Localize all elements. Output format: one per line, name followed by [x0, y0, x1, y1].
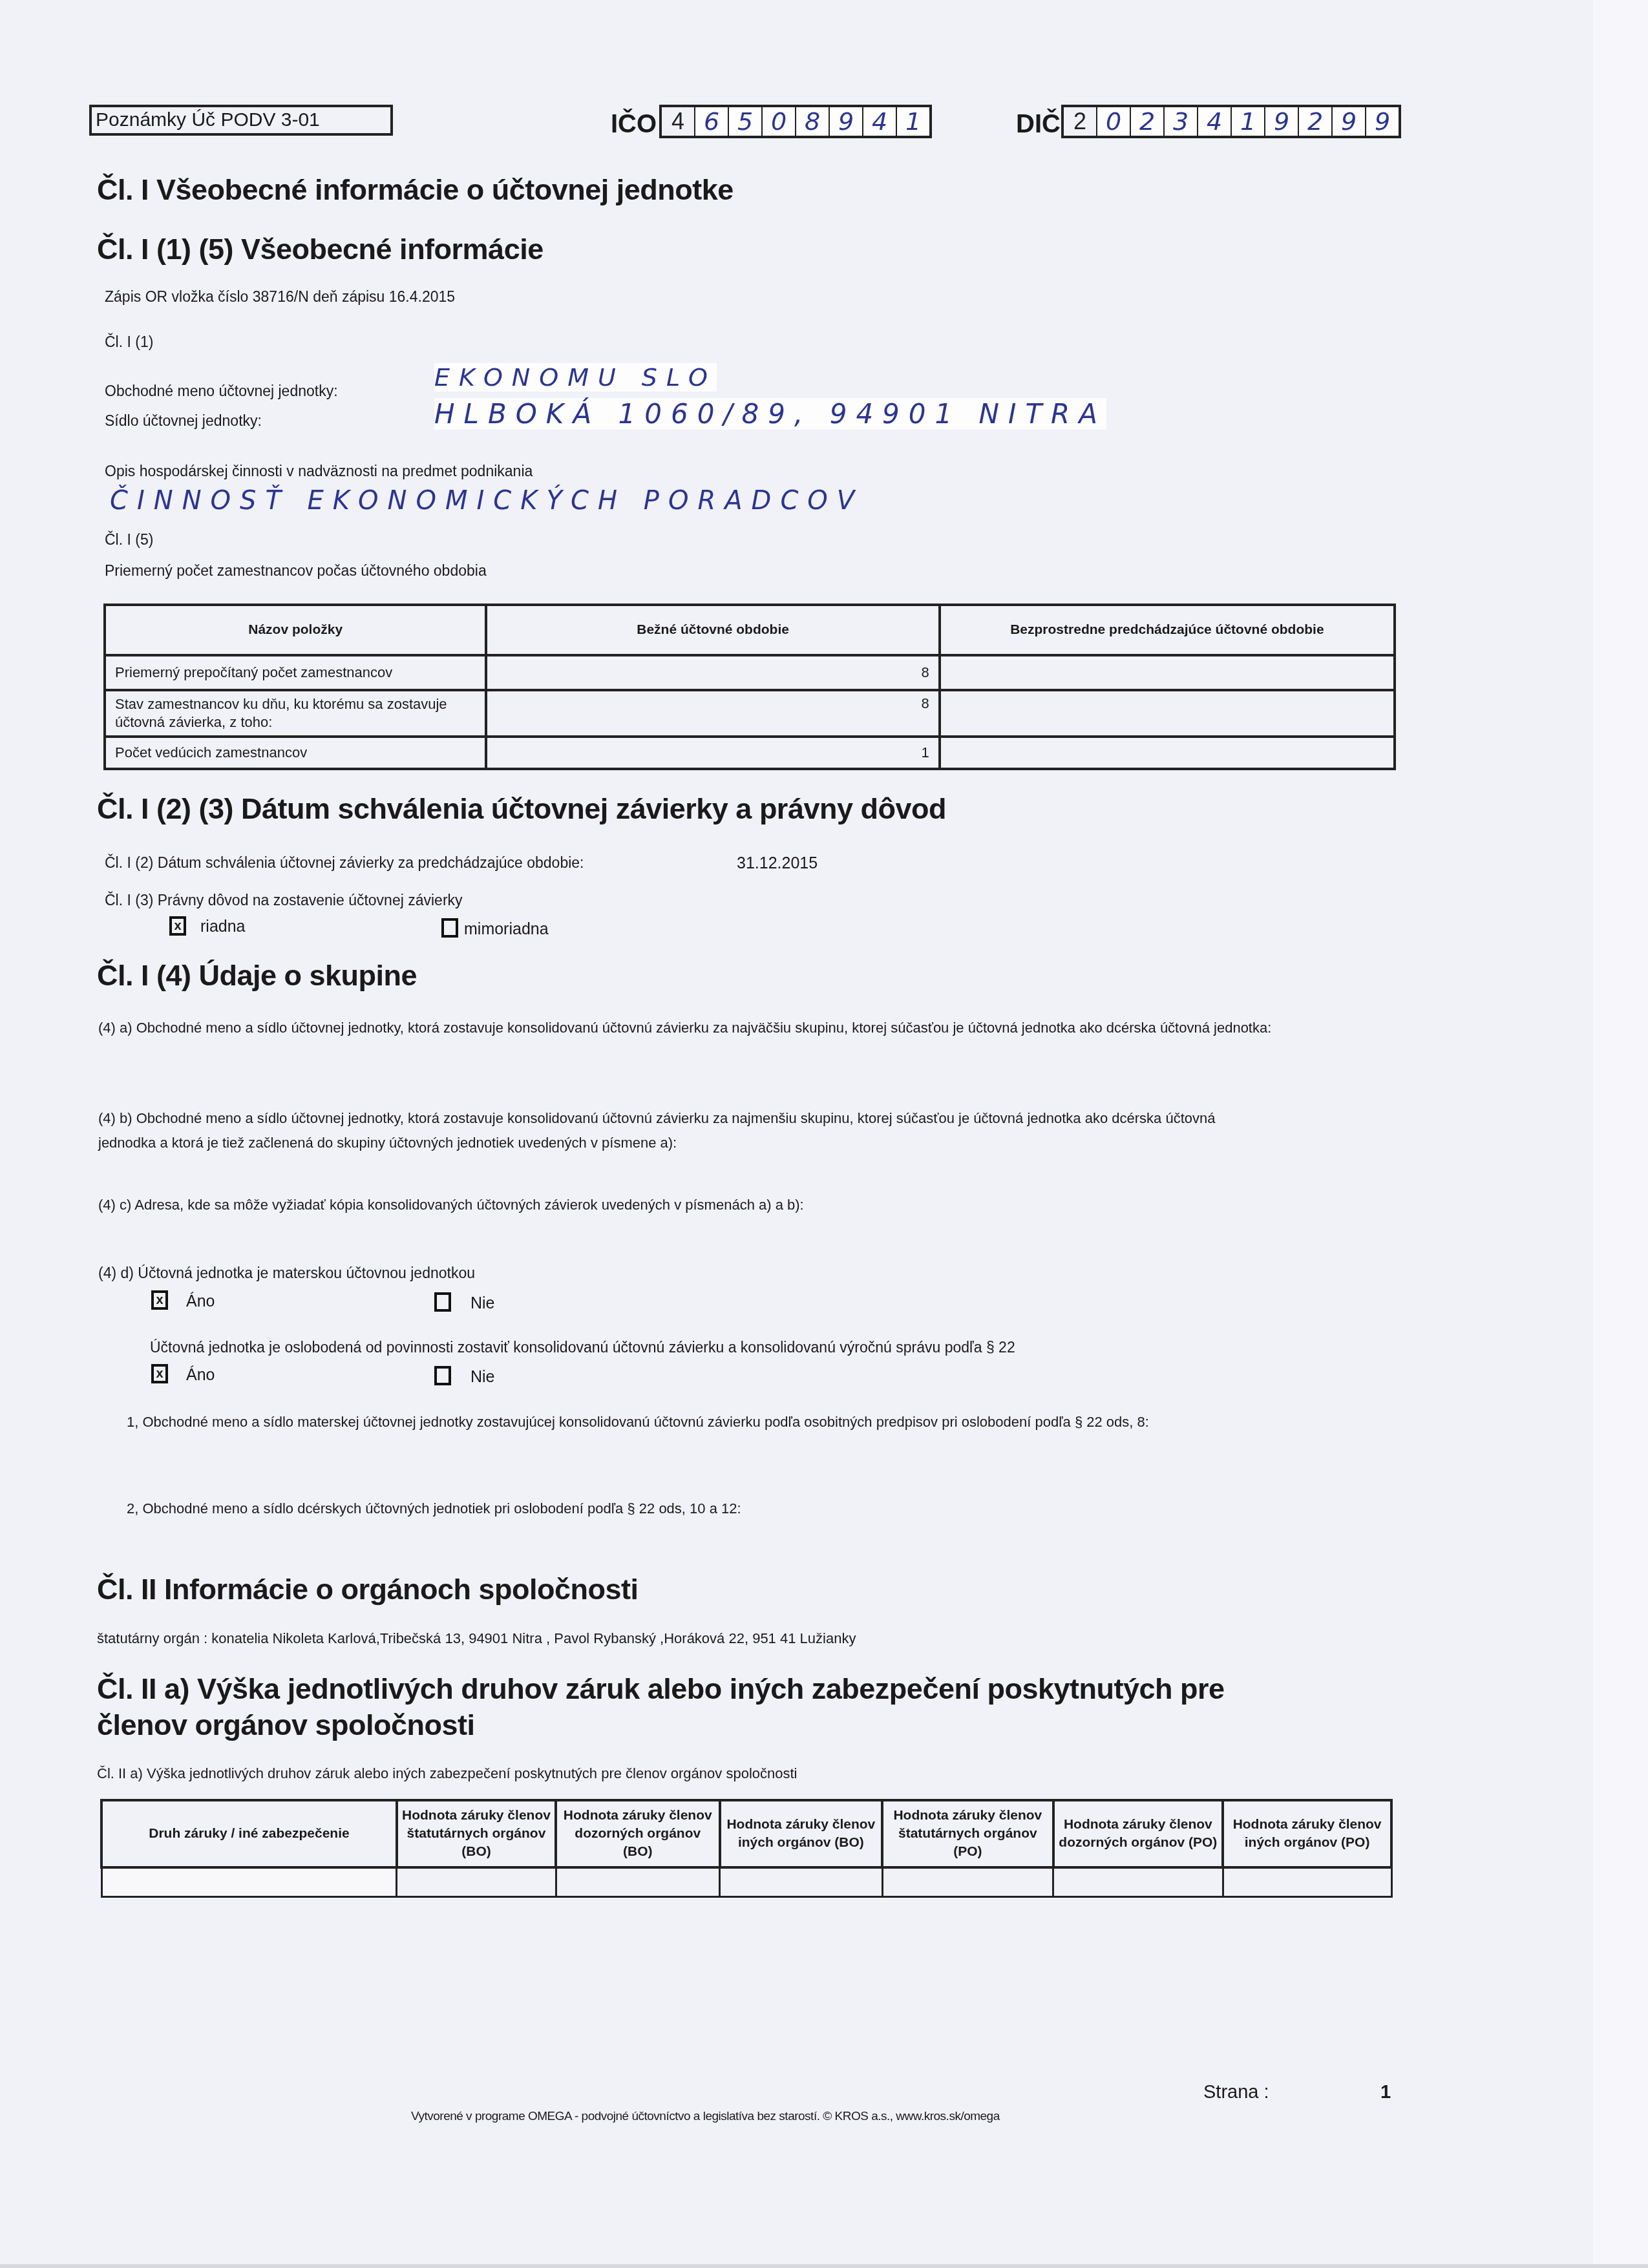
id-digit: 4	[662, 107, 695, 136]
registration-info: Zápis OR vložka číslo 38716/N deň zápisu…	[105, 288, 455, 306]
col-header-previous: Bezprostredne predchádzajúce účtovné obd…	[940, 605, 1395, 655]
id-digit: 9	[830, 107, 863, 136]
checkbox-riadna[interactable]: x	[169, 916, 186, 936]
table-row	[101, 1867, 1391, 1897]
col-header-other-bo: Hodnota záruky členov iných orgánov (BO)	[720, 1800, 883, 1867]
section-title-guarantees-line1: Čl. II a) Výška jednotlivých druhov záru…	[97, 1672, 1225, 1706]
id-digit: 9	[1265, 107, 1299, 136]
id-digit: 9	[1333, 107, 1366, 136]
section-title-approval: Čl. I (2) (3) Dátum schválenia účtovnej …	[97, 792, 946, 826]
group-b-text: (4) b) Obchodné meno a sídlo účtovnej je…	[98, 1106, 1262, 1155]
checkbox-exempt-yes[interactable]: x	[151, 1364, 168, 1383]
col-header-current: Bežné účtovné obdobie	[486, 605, 939, 655]
row-current[interactable]: 8	[486, 690, 939, 737]
scan-bottom-edge	[0, 2264, 1648, 2268]
group-d-text: (4) d) Účtovná jednotka je materskou účt…	[98, 1265, 475, 1282]
cell-type[interactable]	[101, 1867, 397, 1897]
checkbox-parent-no[interactable]	[434, 1292, 451, 1312]
activity-label: Opis hospodárskej činnosti v nadväznosti…	[105, 463, 533, 480]
item2-text: 2, Obchodné meno a sídlo dcérskych účtov…	[127, 1500, 741, 1517]
cell-dozor-po[interactable]	[1053, 1867, 1223, 1897]
id-digit: 1	[1232, 107, 1265, 136]
id-digit: 3	[1165, 107, 1198, 136]
business-name-label: Obchodné meno účtovnej jednotky:	[105, 383, 338, 400]
cell-stat-po[interactable]	[882, 1867, 1053, 1897]
section-title-bodies: Čl. II Informácie o orgánoch spoločnosti	[97, 1573, 639, 1606]
check-mark-icon: x	[156, 1367, 163, 1381]
approval-date-value: 31.12.2015	[737, 854, 818, 873]
footer-credit: Vytvorené v programe OMEGA - podvojné úč…	[411, 2110, 1000, 2124]
option-riadna-label: riadna	[200, 918, 246, 936]
cell-stat-bo[interactable]	[397, 1867, 556, 1897]
id-digit: 4	[863, 107, 897, 136]
scan-edge	[1593, 0, 1648, 2268]
employees-table: Názov položky Bežné účtovné obdobie Bezp…	[103, 604, 1396, 770]
page-number: 1	[1380, 2082, 1391, 2103]
cell-other-bo[interactable]	[720, 1867, 883, 1897]
group-a-text: (4) a) Obchodné meno a sídlo účtovnej je…	[98, 1016, 1281, 1040]
business-name-value[interactable]: EKONOMU SLO	[434, 363, 717, 392]
row-name: Stav zamestnancov ku dňu, ku ktorému sa …	[105, 690, 486, 737]
row-previous[interactable]	[940, 655, 1395, 690]
row-previous[interactable]	[940, 737, 1395, 769]
employees-label: Priemerný počet zamestnancov počas účtov…	[105, 562, 487, 580]
row-previous[interactable]	[940, 690, 1395, 737]
checkbox-parent-yes[interactable]: x	[151, 1290, 168, 1310]
id-digit: 2	[1064, 107, 1097, 136]
col-header-dozor-bo: Hodnota záruky členov dozorných orgánov …	[556, 1800, 720, 1867]
row-name: Priemerný prepočítaný počet zamestnancov	[105, 655, 486, 690]
seat-label: Sídlo účtovnej jednotky:	[105, 412, 262, 430]
id-digit: 9	[1366, 107, 1399, 136]
option-parent-no-label: Nie	[470, 1294, 495, 1313]
table-row: Priemerný prepočítaný počet zamestnancov…	[105, 655, 1395, 690]
cell-dozor-bo[interactable]	[556, 1867, 720, 1897]
table-row: Počet vedúcich zamestnancov 1	[105, 737, 1395, 769]
table-row: Stav zamestnancov ku dňu, ku ktorému sa …	[105, 690, 1395, 737]
section-title-group: Čl. I (4) Údaje o skupine	[97, 959, 417, 992]
id-digit: 4	[1198, 107, 1232, 136]
ico-field[interactable]: 46508941	[659, 105, 932, 138]
col-header-stat-po: Hodnota záruky členov štatutárnych orgán…	[882, 1800, 1053, 1867]
id-digit: 2	[1299, 107, 1333, 136]
option-exempt-yes-label: Áno	[186, 1366, 215, 1385]
activity-value[interactable]: ČINNOSŤ EKONOMICKÝCH PORADCOV	[110, 486, 863, 516]
option-parent-yes-label: Áno	[186, 1292, 215, 1311]
ico-label: IČO	[611, 110, 657, 139]
item1-text: 1, Obchodné meno a sídlo materskej účtov…	[127, 1410, 1251, 1434]
id-digit: 8	[796, 107, 830, 136]
guarantees-table-label: Čl. II a) Výška jednotlivých druhov záru…	[97, 1765, 797, 1782]
check-mark-icon: x	[174, 919, 181, 933]
id-digit: 0	[1097, 107, 1131, 136]
dic-label: DIČ	[1016, 110, 1061, 139]
reason-label: Čl. I (3) Právny dôvod na zostavenie účt…	[105, 892, 463, 909]
id-digit: 1	[897, 107, 929, 136]
seat-value[interactable]: HLBOKÁ 1060/89, 94901 NITRA	[434, 398, 1106, 430]
col-header-stat-bo: Hodnota záruky členov štatutárnych orgán…	[397, 1800, 556, 1867]
id-digit: 0	[763, 107, 796, 136]
document-code: Poznámky Úč PODV 3-01	[89, 105, 393, 136]
option-mimoriadna-label: mimoriadna	[464, 920, 549, 939]
check-mark-icon: x	[156, 1293, 163, 1307]
section-title-general: Čl. I Všeobecné informácie o účtovnej je…	[97, 173, 734, 207]
subsection-title-general-info: Čl. I (1) (5) Všeobecné informácie	[97, 233, 544, 266]
id-digit: 6	[695, 107, 729, 136]
statutory-body-text: štatutárny orgán : konatelia Nikoleta Ka…	[97, 1630, 856, 1647]
cl1-label: Čl. I (1)	[105, 333, 153, 351]
section-title-guarantees-line2: členov orgánov spoločnosti	[97, 1708, 475, 1742]
cl5-label: Čl. I (5)	[105, 531, 153, 549]
checkbox-mimoriadna[interactable]	[441, 918, 458, 938]
checkbox-exempt-no[interactable]	[434, 1366, 451, 1385]
col-header-dozor-po: Hodnota záruky členov dozorných orgánov …	[1053, 1800, 1223, 1867]
approval-date-label: Čl. I (2) Dátum schválenia účtovnej závi…	[105, 854, 584, 872]
row-name: Počet vedúcich zamestnancov	[105, 737, 486, 769]
id-digit: 5	[729, 107, 763, 136]
exempt-text: Účtovná jednotka je oslobodená od povinn…	[150, 1339, 1015, 1356]
group-c-text: (4) c) Adresa, kde sa môže vyžiadať kópi…	[98, 1197, 804, 1213]
guarantees-table: Druh záruky / iné zabezpečenie Hodnota z…	[100, 1799, 1393, 1898]
dic-field[interactable]: 2023419299	[1061, 105, 1401, 138]
option-exempt-no-label: Nie	[470, 1368, 495, 1387]
row-current[interactable]: 1	[486, 737, 939, 769]
page-label: Strana :	[1203, 2082, 1269, 2103]
id-digit: 2	[1131, 107, 1165, 136]
col-header-type: Druh záruky / iné zabezpečenie	[101, 1800, 397, 1867]
col-header-other-po: Hodnota záruky členov iných orgánov (PO)	[1223, 1800, 1391, 1867]
cell-other-po[interactable]	[1223, 1867, 1391, 1897]
col-header-item: Názov položky	[105, 605, 486, 655]
row-current[interactable]: 8	[486, 655, 939, 690]
